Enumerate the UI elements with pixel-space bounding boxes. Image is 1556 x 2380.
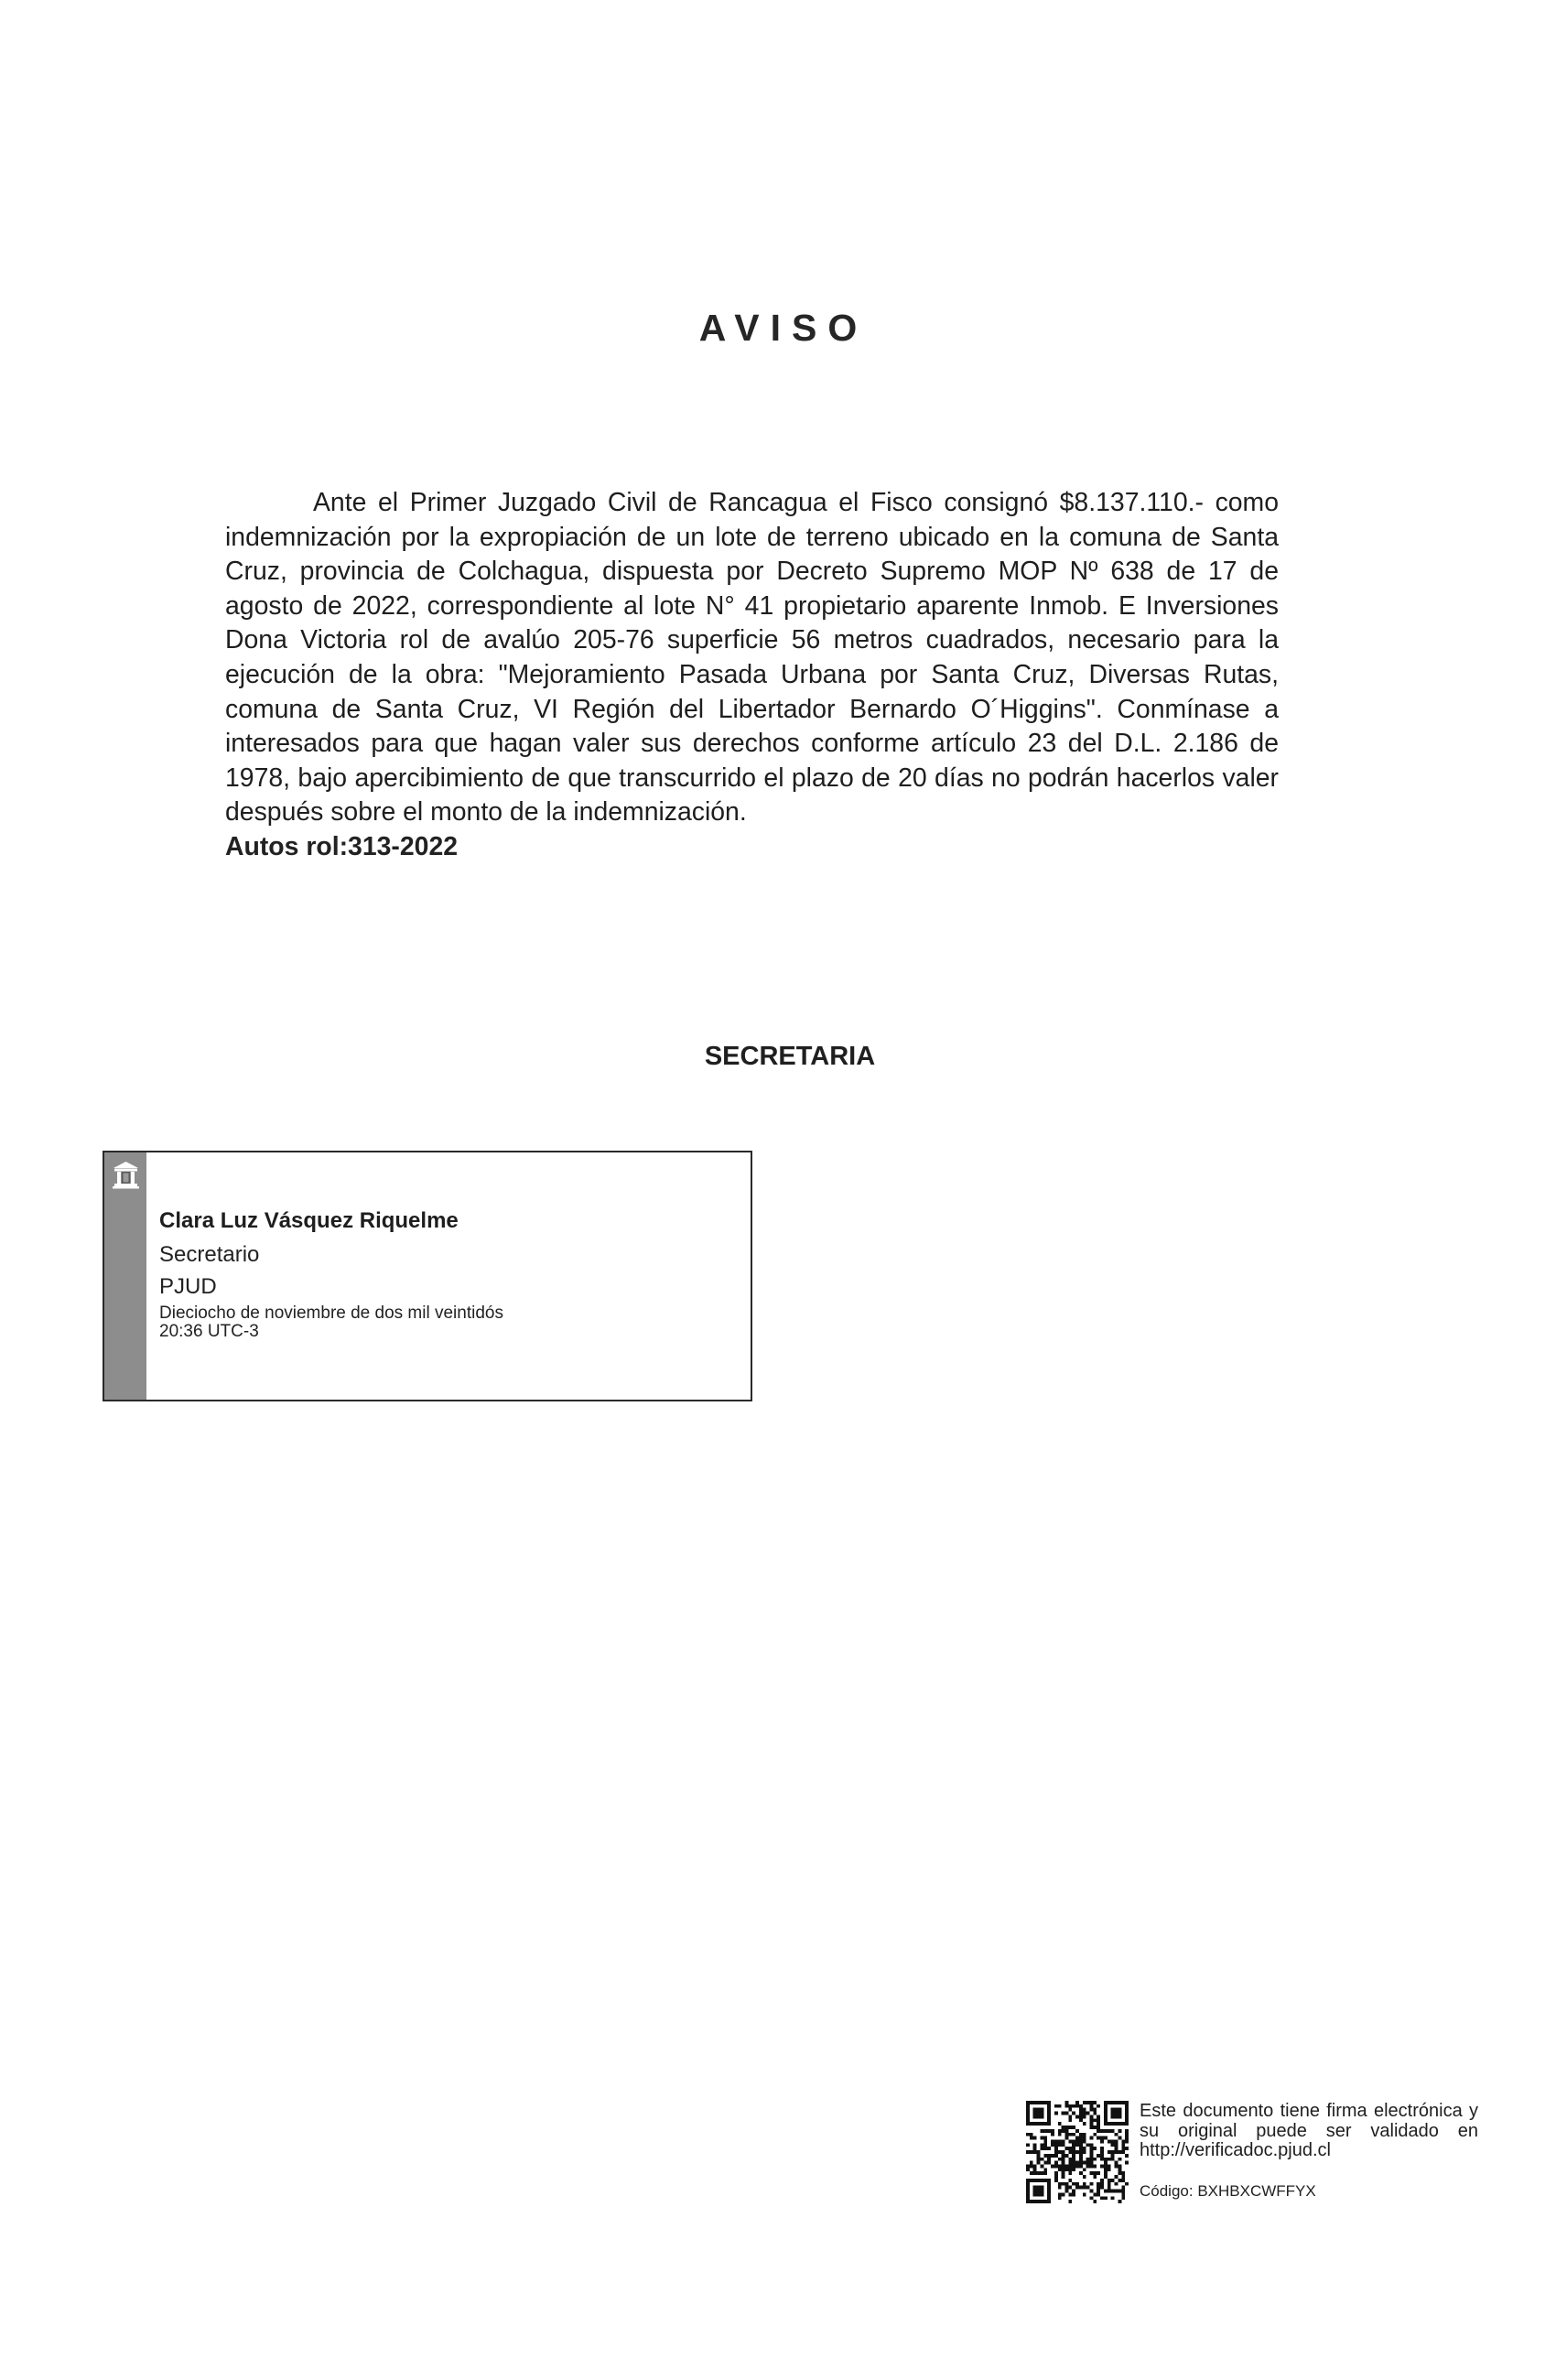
document-title: AVISO xyxy=(0,305,1556,351)
notice-paragraph: Ante el Primer Juzgado Civil de Rancagua… xyxy=(225,486,1279,830)
notice-body: Ante el Primer Juzgado Civil de Rancagua… xyxy=(225,486,1279,865)
verification-notice: Este documento tiene firma electrónica y… xyxy=(1140,2102,1478,2161)
signer-role: Secretario xyxy=(159,1239,503,1271)
verification-code: Código: BXHBXCWFFYX xyxy=(1140,2182,1316,2201)
case-reference: Autos rol:313-2022 xyxy=(225,830,1279,865)
signer-name: Clara Luz Vásquez Riquelme xyxy=(159,1207,503,1235)
electronic-signature-box: Clara Luz Vásquez Riquelme Secretario PJ… xyxy=(103,1151,752,1401)
signature-date: Dieciocho de noviembre de dos mil veinti… xyxy=(159,1304,503,1323)
signer-organization: PJUD xyxy=(159,1271,503,1303)
signature-time: 20:36 UTC-3 xyxy=(159,1323,503,1341)
signature-heading: SECRETARIA xyxy=(0,1040,1556,1073)
verification-footer: Este documento tiene firma electrónica y… xyxy=(1026,2101,1478,2206)
signature-strip xyxy=(104,1152,146,1400)
courthouse-icon xyxy=(113,1161,139,1189)
signature-details: Clara Luz Vásquez Riquelme Secretario PJ… xyxy=(159,1207,503,1341)
qr-code-icon xyxy=(1026,2101,1129,2203)
